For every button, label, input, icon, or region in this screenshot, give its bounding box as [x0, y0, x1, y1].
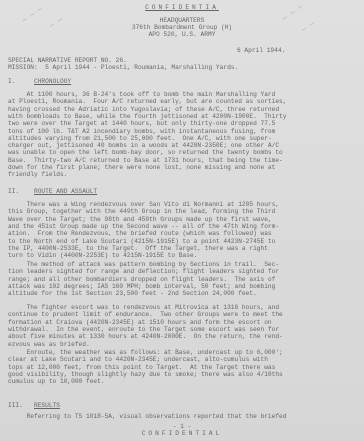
- text-line: ezvous was as briefed.: [8, 342, 90, 348]
- text-line: Base. Thirty-two A/C returned to Base at…: [8, 158, 283, 164]
- text-line: friendly fields.: [8, 172, 67, 178]
- text-line: Wave over the Target; the 98th and 450th…: [8, 217, 272, 223]
- text-line: clear at Lake Scutari and to 4420N-2345E…: [8, 357, 268, 363]
- text-line: two were over the Target at 1440 hours, …: [8, 121, 275, 127]
- org-line-2: 376th Bombardment Group (H): [0, 24, 364, 31]
- document-page: ~ ~ ~ ~ ~ ~ ~ ~ ~ ~ CONFIDENTIA HEADQUAR…: [0, 0, 364, 441]
- text-line: having crossed the Adriatic into Yugosla…: [8, 107, 279, 113]
- org-line-1: HEADQUARTERS: [0, 17, 364, 24]
- section-3-number: III.: [8, 402, 23, 409]
- section-2-number: II.: [8, 188, 19, 195]
- text-line: ation. From the Rendezvous, the briefed …: [8, 231, 272, 237]
- document-date: 6 April 1944.: [237, 47, 285, 54]
- text-line: good visibility, though slightly hazy du…: [8, 372, 283, 378]
- text-line: down for the first plane; there were non…: [8, 165, 275, 171]
- text-line: charger out, jettisoned 40 bombs in a wo…: [8, 143, 279, 149]
- text-line: this Group, together with the 449th Grou…: [8, 209, 275, 215]
- section-3-heading: RESULTS: [34, 402, 60, 409]
- text-line: was unable to open the left bomb-bay doo…: [8, 150, 283, 156]
- text-line: altitudes varying from 21,500 to 25,000 …: [8, 136, 272, 142]
- text-line: The fighter escort was to rendezvous at …: [8, 305, 279, 311]
- text-line: cumulus up to 10,000 feet.: [8, 379, 105, 385]
- text-line: to the North end of Lake Scutari (4215N-…: [8, 239, 275, 245]
- section-1-number: I.: [8, 78, 15, 85]
- text-line: tion leaders sighted for range and defle…: [8, 269, 279, 275]
- text-line: continue to prudent limit of endurance. …: [8, 312, 283, 318]
- text-line: range; and all other bombardiers dropped…: [8, 277, 275, 283]
- text-line: attack was 102 degrees; IAS 160 MPH; bom…: [8, 284, 275, 290]
- classification-bottom: CONFIDENTIAL: [0, 430, 364, 437]
- classification-top: CONFIDENTIA: [0, 4, 364, 11]
- text-line: At 1100 hours, 36 B-24's took off to bom…: [8, 92, 275, 98]
- text-line: withdrawal. In the event, enroute to the…: [8, 327, 279, 333]
- org-line-3: APO 520, U.S. ARMY: [0, 31, 364, 38]
- text-line: There was a Wing rendezvous over San Vit…: [8, 202, 279, 208]
- text-line: tops at 12,000 feet, from this point to …: [8, 365, 275, 371]
- mission-line: MISSION: 5 April 1944 - Ploesti, Roumani…: [8, 64, 238, 71]
- text-line: altitude for the 1st Section 23,500 feet…: [8, 291, 257, 297]
- text-line: at Ploesti, Roumania. Four A/C returned …: [8, 99, 286, 105]
- report-title: SPECIAL NARRATIVE REPORT NO. 26.: [8, 57, 127, 64]
- text-line: Referring to TS 1018-5A, visual observat…: [8, 414, 286, 420]
- section-1-heading: CHRONOLOGY: [34, 78, 71, 85]
- text-line: and the 451st Group made up the Second w…: [8, 224, 279, 230]
- text-line: tons of 100 lb. T&T A2 incendiary bombs,…: [8, 129, 275, 135]
- text-line: Enroute, the weather was as follows: at …: [8, 350, 283, 356]
- text-line: The method of attack was pattern bombing…: [8, 262, 279, 268]
- text-line: formation at Craiova (4420N-2345E) at 15…: [8, 320, 272, 326]
- text-line: with bombloads to Base, while the fourth…: [8, 114, 286, 120]
- text-line: about five minutes at 1330 hours at 4240…: [8, 334, 283, 340]
- text-line: the IP, 4400N-2533E, to the Target. Off …: [8, 246, 268, 252]
- page-number: - 1 -: [0, 423, 364, 430]
- text-line: turn to Vidin (4400N-2253E) to 4215N-191…: [8, 253, 197, 259]
- section-2-heading: ROUTE AND ASSAULT: [34, 188, 97, 195]
